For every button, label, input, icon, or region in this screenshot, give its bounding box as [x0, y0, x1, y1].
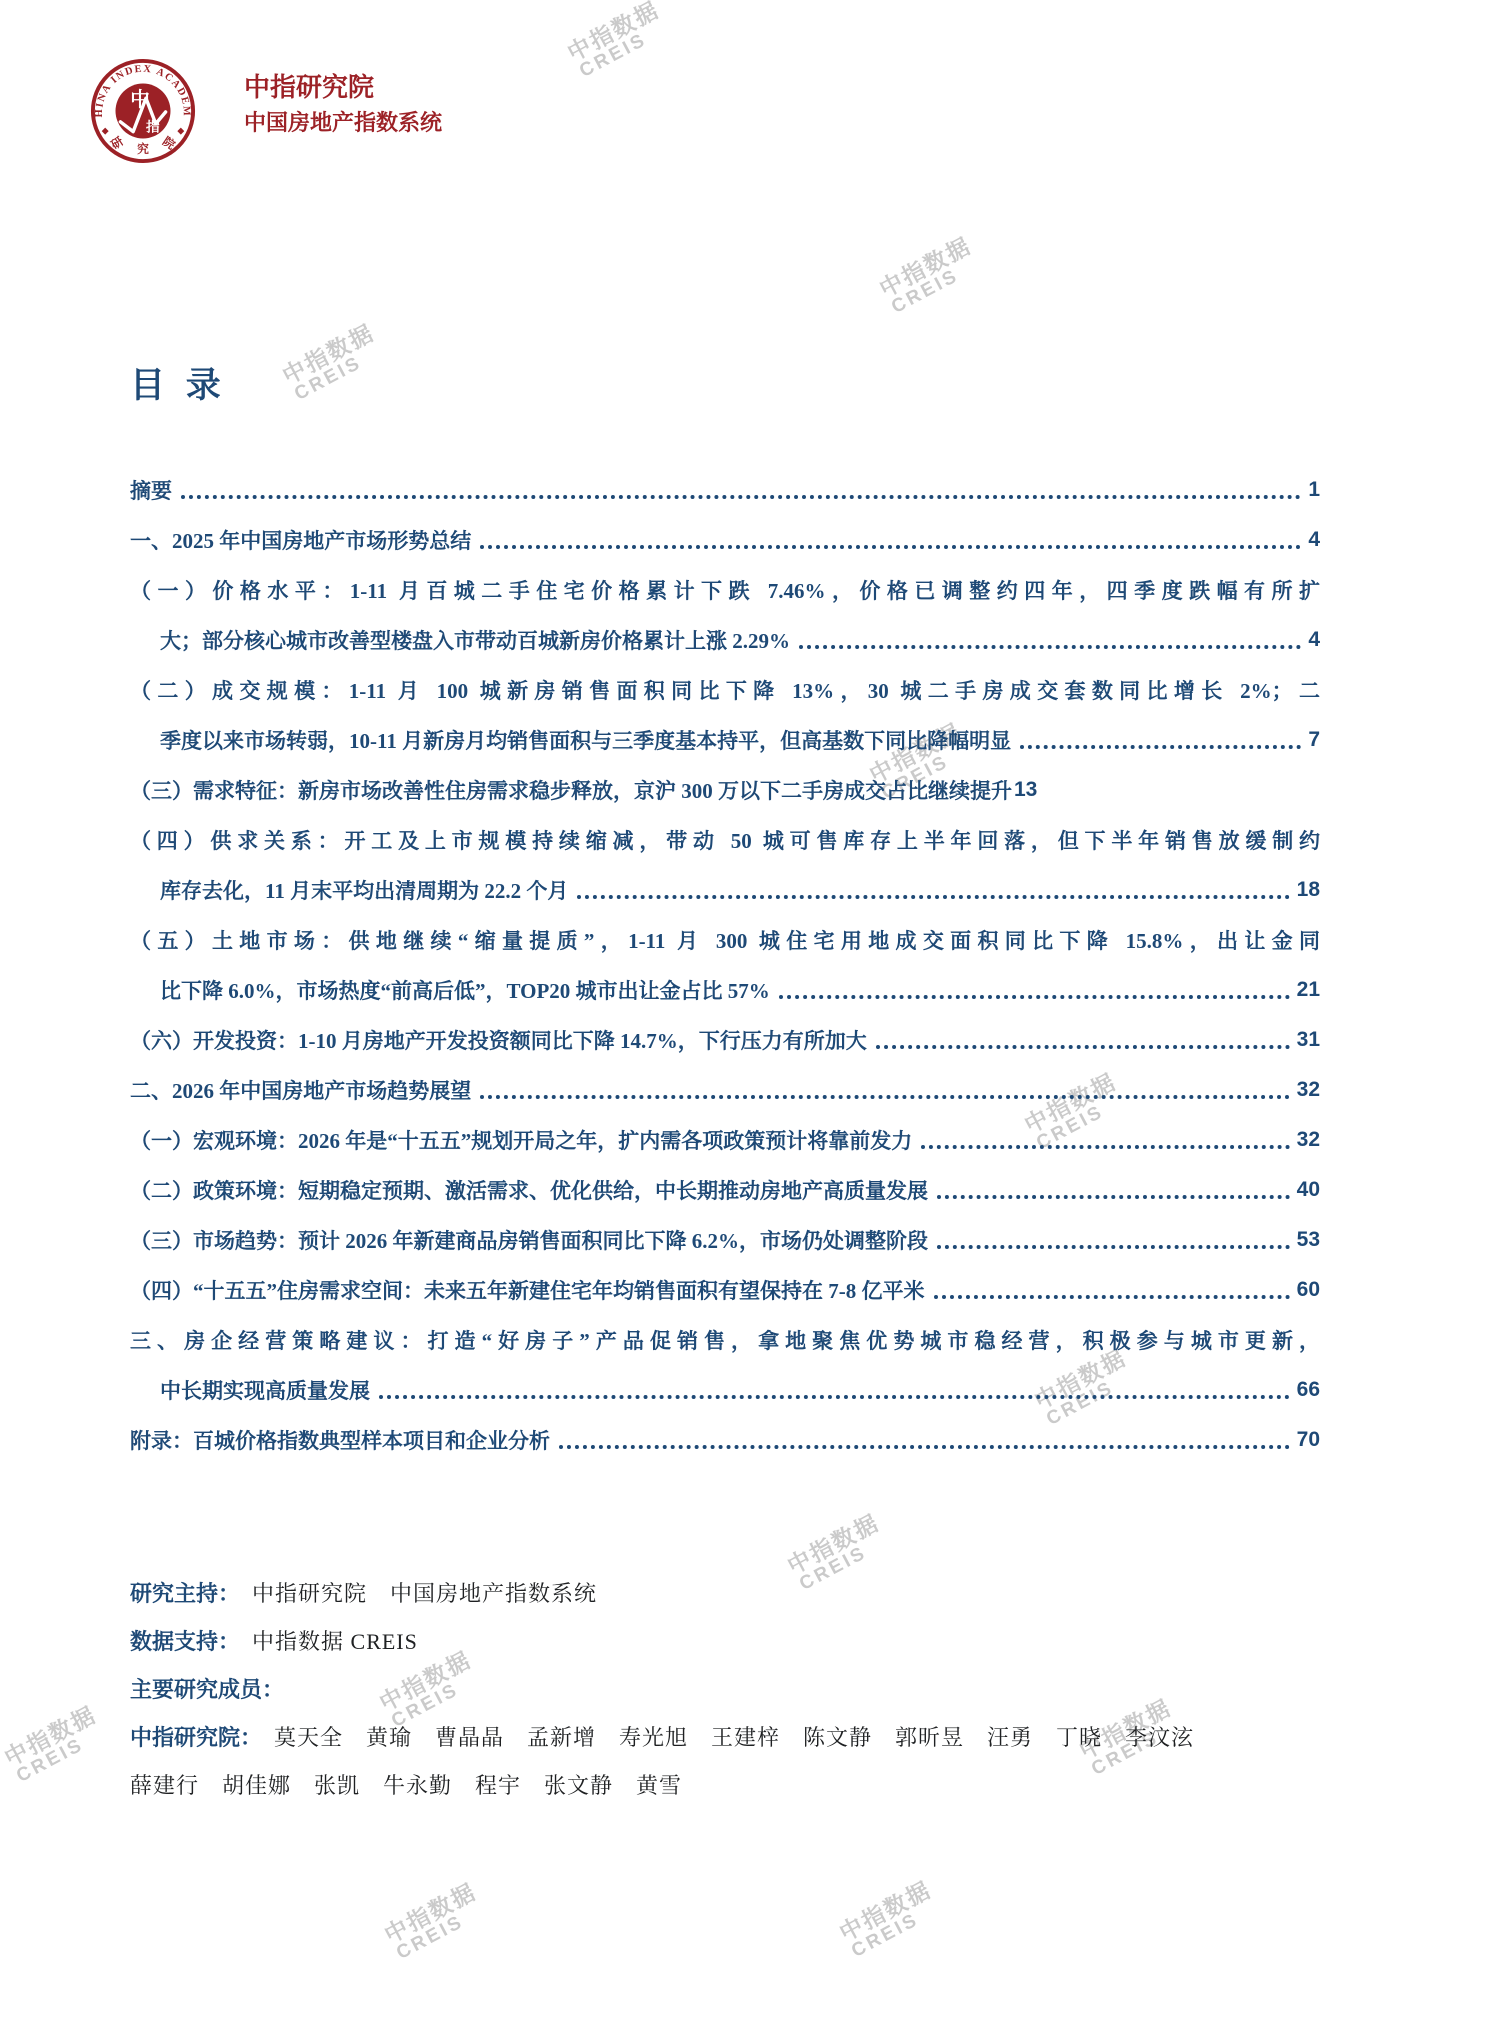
toc-entry: （一）宏观环境：2026 年是“十五五”规划开局之年，扩内需各项政策预计将靠前发… — [130, 1115, 1320, 1165]
credits-line: 主要研究成员： — [130, 1664, 1330, 1712]
toc-entry: （四）供求关系：开工及上市规模持续缩减，带动 50 城可售库存上半年回落，但下半… — [130, 815, 1320, 865]
toc-entry: （三）需求特征：新房市场改善性住房需求稳步释放，京沪 300 万以下二手房成交占… — [130, 765, 1320, 815]
watermark: 中指数据CREIS — [381, 1879, 490, 1965]
toc-entry: （一）价格水平：1-11 月百城二手住宅价格累计下跌 7.46%，价格已调整约四… — [130, 565, 1320, 615]
toc-page-number: 18 — [1297, 878, 1320, 902]
watermark-text: 中指数据 — [564, 0, 664, 65]
china-index-academy-logo-icon: CHINA INDEX ACADEMY 研 究 院 中 指 — [88, 56, 198, 166]
toc-entry: （五）土地市场：供地继续“缩量提质”，1-11 月 300 城住宅用地成交面积同… — [130, 915, 1320, 965]
toc-entry-text: （四）“十五五”住房需求空间：未来五年新建住宅年均销售面积有望保持在 7-8 亿… — [130, 1275, 925, 1305]
watermark: 中指数据CREIS — [564, 0, 673, 83]
toc-entry: 库存去化，11 月末平均出清周期为 22.2 个月18 — [130, 865, 1320, 915]
toc-entry-text: 中长期实现高质量发展 — [160, 1375, 370, 1405]
watermark-creis: CREIS — [14, 1723, 110, 1787]
toc-entry-text: （二）政策环境：短期稳定预期、激活需求、优化供给，中长期推动房地产高质量发展 — [130, 1175, 928, 1205]
report-header: CHINA INDEX ACADEMY 研 究 院 中 指 中指研究院 中国房地… — [88, 56, 442, 166]
toc-page-number: 66 — [1297, 1378, 1320, 1402]
toc-dotted-leader — [559, 1445, 1290, 1449]
svg-text:指: 指 — [145, 119, 160, 135]
toc-entry-text: 季度以来市场转弱，10-11 月新房月均销售面积与三季度基本持平，但高基数下同比… — [160, 725, 1011, 755]
watermark-creis: CREIS — [577, 18, 673, 82]
toc-dotted-leader — [934, 1295, 1290, 1299]
toc-dotted-leader — [921, 1145, 1289, 1149]
toc-page-number: 21 — [1297, 978, 1320, 1002]
toc-entry: 中长期实现高质量发展66 — [130, 1365, 1320, 1415]
toc-entry: （三）市场趋势：预计 2026 年新建商品房销售面积同比下降 6.2%，市场仍处… — [130, 1215, 1320, 1265]
toc-entry: （六）开发投资：1-10 月房地产开发投资额同比下降 14.7%，下行压力有所加… — [130, 1015, 1320, 1065]
toc-dotted-leader — [480, 545, 1301, 549]
toc-entry-text: （二）成交规模：1-11 月 100 城新房销售面积同比下降 13%，30 城二… — [130, 675, 1320, 705]
brand-system-name: 中国房地产指数系统 — [244, 112, 442, 134]
credits-label: 中指研究院： — [130, 1721, 262, 1752]
watermark-creis: CREIS — [889, 254, 985, 318]
credits-line: 数据支持：中指数据 CREIS — [130, 1616, 1330, 1664]
toc-entry: 季度以来市场转弱，10-11 月新房月均销售面积与三季度基本持平，但高基数下同比… — [130, 715, 1320, 765]
toc-dotted-leader — [937, 1195, 1290, 1199]
toc-entry-text: （一）宏观环境：2026 年是“十五五”规划开局之年，扩内需各项政策预计将靠前发… — [130, 1125, 912, 1155]
toc-entry-text: （三）需求特征：新房市场改善性住房需求稳步释放，京沪 300 万以下二手房成交占… — [130, 775, 1012, 805]
toc-page-number: 53 — [1297, 1228, 1320, 1252]
credits-value: 中指研究院 中国房地产指数系统 — [252, 1577, 597, 1608]
toc-entry: （二）成交规模：1-11 月 100 城新房销售面积同比下降 13%，30 城二… — [130, 665, 1320, 715]
toc-dotted-leader — [181, 495, 1301, 499]
toc-entry: 比下降 6.0%，市场热度“前高后低”，TOP20 城市出让金占比 57%21 — [130, 965, 1320, 1015]
toc-page-number: 40 — [1297, 1178, 1320, 1202]
toc-entry-text: （四）供求关系：开工及上市规模持续缩减，带动 50 城可售库存上半年回落，但下半… — [130, 825, 1320, 855]
watermark-creis: CREIS — [394, 1900, 490, 1964]
toc-page-number: 13 — [1014, 778, 1037, 802]
toc-entry: （二）政策环境：短期稳定预期、激活需求、优化供给，中长期推动房地产高质量发展40 — [130, 1165, 1320, 1215]
toc-page-number: 1 — [1308, 478, 1320, 502]
credits-label: 研究主持： — [130, 1577, 240, 1608]
toc-dotted-leader — [1020, 745, 1301, 749]
toc-entry-text: （五）土地市场：供地继续“缩量提质”，1-11 月 300 城住宅用地成交面积同… — [130, 925, 1320, 955]
logo-seal-icon: CHINA INDEX ACADEMY 研 究 院 中 指 — [88, 56, 198, 166]
toc-dotted-leader — [480, 1095, 1289, 1099]
toc-entry: 三、房企经营策略建议：打造“好房子”产品促销售，拿地聚焦优势城市稳经营，积极参与… — [130, 1315, 1320, 1365]
toc-page-number: 70 — [1297, 1428, 1320, 1452]
table-of-contents: 目 录 摘要1一、2025 年中国房地产市场形势总结4（一）价格水平：1-11 … — [130, 368, 1320, 1465]
brand-block: 中指研究院 中国房地产指数系统 — [244, 56, 442, 134]
watermark-creis: CREIS — [849, 1898, 945, 1962]
toc-page-number: 4 — [1308, 528, 1320, 552]
toc-entry: 二、2026 年中国房地产市场趋势展望32 — [130, 1065, 1320, 1115]
svg-text:究: 究 — [137, 142, 149, 156]
watermark: 中指数据CREIS — [836, 1877, 945, 1963]
toc-entry: 一、2025 年中国房地产市场形势总结4 — [130, 515, 1320, 565]
toc-entry: （四）“十五五”住房需求空间：未来五年新建住宅年均销售面积有望保持在 7-8 亿… — [130, 1265, 1320, 1315]
credits-value: 薛建行 胡佳娜 张凯 牛永勤 程宇 张文静 黄雪 — [130, 1769, 682, 1800]
credits-value: 中指数据 CREIS — [252, 1625, 418, 1656]
watermark-text: 中指数据 — [836, 1877, 936, 1945]
brand-name: 中指研究院 — [244, 74, 442, 100]
toc-page-number: 60 — [1297, 1278, 1320, 1302]
toc-dotted-leader — [876, 1045, 1290, 1049]
watermark-text: 中指数据 — [1, 1702, 101, 1770]
credits-label: 数据支持： — [130, 1625, 240, 1656]
toc-entry-text: （一）价格水平：1-11 月百城二手住宅价格累计下跌 7.46%，价格已调整约四… — [130, 575, 1320, 605]
document-page: 中指数据CREIS中指数据CREIS中指数据CREIS中指数据CREIS中指数据… — [0, 0, 1488, 2020]
credits-line: 研究主持：中指研究院 中国房地产指数系统 — [130, 1568, 1330, 1616]
credits-line: 中指研究院：莫天全 黄瑜 曹晶晶 孟新增 寿光旭 王建梓 陈文静 郭昕昱 汪勇 … — [130, 1712, 1330, 1760]
toc-entry-text: 一、2025 年中国房地产市场形势总结 — [130, 525, 471, 555]
toc-entry-text: 三、房企经营策略建议：打造“好房子”产品促销售，拿地聚焦优势城市稳经营，积极参与… — [130, 1325, 1320, 1355]
toc-dotted-leader — [799, 645, 1301, 649]
watermark: 中指数据CREIS — [876, 233, 985, 319]
toc-entry-text: （三）市场趋势：预计 2026 年新建商品房销售面积同比下降 6.2%，市场仍处… — [130, 1225, 928, 1255]
toc-page-number: 7 — [1308, 728, 1320, 752]
toc-title: 目 录 — [130, 368, 1320, 403]
watermark: 中指数据CREIS — [1, 1702, 110, 1788]
toc-page-number: 4 — [1308, 628, 1320, 652]
toc-page-number: 31 — [1297, 1028, 1320, 1052]
credits-label: 主要研究成员： — [130, 1673, 284, 1704]
credits-value: 莫天全 黄瑜 曹晶晶 孟新增 寿光旭 王建梓 陈文静 郭昕昱 汪勇 丁晓 李汶泫 — [274, 1721, 1194, 1752]
toc-dotted-leader — [779, 995, 1290, 999]
toc-dotted-leader — [577, 895, 1289, 899]
toc-entry-text: 库存去化，11 月末平均出清周期为 22.2 个月 — [160, 875, 568, 905]
credits-line: 薛建行 胡佳娜 张凯 牛永勤 程宇 张文静 黄雪 — [130, 1760, 1330, 1808]
toc-entry-text: 附录：百城价格指数典型样本项目和企业分析 — [130, 1425, 550, 1455]
toc-entry-text: 大；部分核心城市改善型楼盘入市带动百城新房价格累计上涨 2.29% — [160, 625, 790, 655]
toc-entry: 摘要1 — [130, 465, 1320, 515]
toc-page-number: 32 — [1297, 1128, 1320, 1152]
toc-entry-text: （六）开发投资：1-10 月房地产开发投资额同比下降 14.7%，下行压力有所加… — [130, 1025, 867, 1055]
toc-entry-text: 二、2026 年中国房地产市场趋势展望 — [130, 1075, 471, 1105]
toc-page-number: 32 — [1297, 1078, 1320, 1102]
credits-section: 研究主持：中指研究院 中国房地产指数系统数据支持：中指数据 CREIS主要研究成… — [130, 1568, 1330, 1808]
toc-dotted-leader — [379, 1395, 1290, 1399]
toc-dotted-leader — [937, 1245, 1290, 1249]
watermark-text: 中指数据 — [876, 233, 976, 301]
toc-entries: 摘要1一、2025 年中国房地产市场形势总结4（一）价格水平：1-11 月百城二… — [130, 465, 1320, 1465]
watermark-text: 中指数据 — [381, 1879, 481, 1947]
toc-entry-text: 比下降 6.0%，市场热度“前高后低”，TOP20 城市出让金占比 57% — [160, 975, 770, 1005]
toc-entry: 附录：百城价格指数典型样本项目和企业分析70 — [130, 1415, 1320, 1465]
toc-entry-text: 摘要 — [130, 475, 172, 505]
toc-entry: 大；部分核心城市改善型楼盘入市带动百城新房价格累计上涨 2.29%4 — [130, 615, 1320, 665]
